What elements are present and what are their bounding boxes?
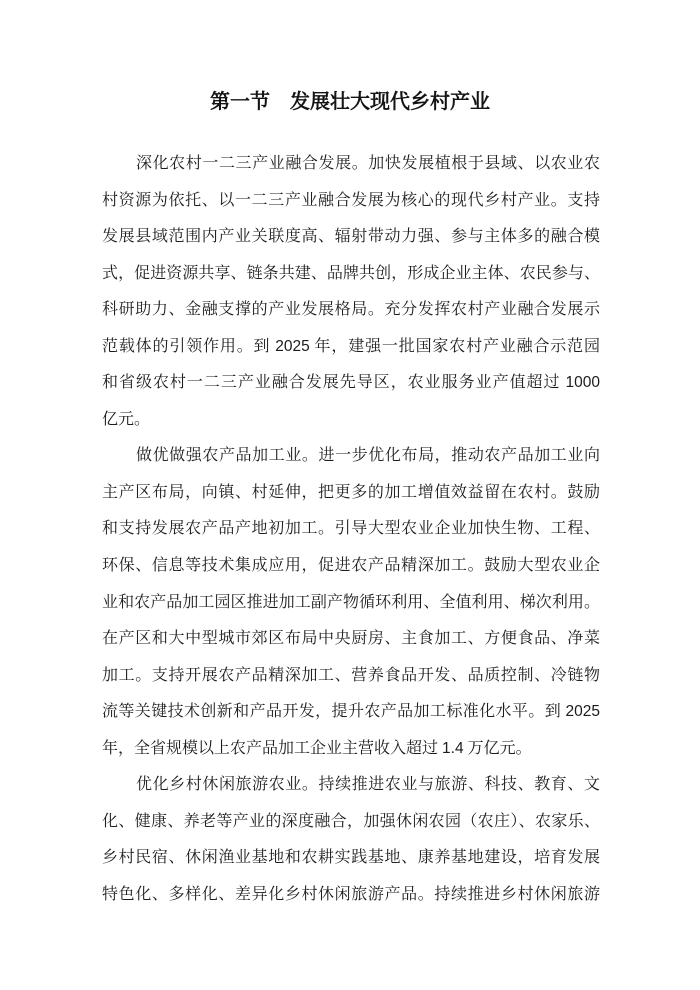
text-line: 乡村民宿、休闲渔业基地和农耕实践基地、康养基地建设，培育发展 — [102, 840, 600, 877]
text-line: 优化乡村休闲旅游农业。持续推进农业与旅游、科技、教育、文 — [102, 767, 600, 804]
paragraph: 做优做强农产品加工业。进一步优化布局，推动农产品加工业向 主产区布局，向镇、村延… — [102, 438, 600, 767]
text-line: 业和农产品加工园区推进加工副产物循环利用、全值利用、梯次利用。 — [102, 585, 600, 622]
paragraph: 深化农村一二三产业融合发展。加快发展植根于县域、以农业农 村资源为依托、以一二三… — [102, 146, 600, 438]
text-line: 年，全省规模以上农产品加工企业主营收入超过 1.4 万亿元。 — [102, 731, 600, 768]
text-line: 特色化、多样化、差异化乡村休闲旅游产品。持续推进乡村休闲旅游 — [102, 877, 600, 914]
text-line: 主产区布局，向镇、村延伸，把更多的加工增值效益留在农村。鼓励 — [102, 475, 600, 512]
text-line: 范载体的引领作用。到 2025 年，建强一批国家农村产业融合示范园 — [102, 329, 600, 366]
text-line: 发展县域范围内产业关联度高、辐射带动力强、参与主体多的融合模 — [102, 219, 600, 256]
section-title: 第一节 发展壮大现代乡村产业 — [0, 90, 700, 114]
text-line: 亿元。 — [102, 402, 600, 439]
text-line: 环保、信息等技术集成应用，促进农产品精深加工。鼓励大型农业企 — [102, 548, 600, 585]
document-body: 深化农村一二三产业融合发展。加快发展植根于县域、以农业农 村资源为依托、以一二三… — [102, 146, 600, 913]
text-line: 做优做强农产品加工业。进一步优化布局，推动农产品加工业向 — [102, 438, 600, 475]
document-page: 第一节 发展壮大现代乡村产业 深化农村一二三产业融合发展。加快发展植根于县域、以… — [0, 0, 700, 990]
text-line: 深化农村一二三产业融合发展。加快发展植根于县域、以农业农 — [102, 146, 600, 183]
text-line: 式，促进资源共享、链条共建、品牌共创，形成企业主体、农民参与、 — [102, 256, 600, 293]
text-line: 流等关键技术创新和产品开发，提升农产品加工标准化水平。到 2025 — [102, 694, 600, 731]
paragraph: 优化乡村休闲旅游农业。持续推进农业与旅游、科技、教育、文 化、健康、养老等产业的… — [102, 767, 600, 913]
text-line: 村资源为依托、以一二三产业融合发展为核心的现代乡村产业。支持 — [102, 183, 600, 220]
text-line: 加工。支持开展农产品精深加工、营养食品开发、品质控制、冷链物 — [102, 658, 600, 695]
text-line: 在产区和大中型城市郊区布局中央厨房、主食加工、方便食品、净菜 — [102, 621, 600, 658]
text-line: 科研助力、金融支撑的产业发展格局。充分发挥农村产业融合发展示 — [102, 292, 600, 329]
text-line: 和支持发展农产品产地初加工。引导大型农业企业加快生物、工程、 — [102, 511, 600, 548]
text-line: 和省级农村一二三产业融合发展先导区，农业服务业产值超过 1000 — [102, 365, 600, 402]
text-line: 化、健康、养老等产业的深度融合，加强休闲农园（农庄）、农家乐、 — [102, 804, 600, 841]
